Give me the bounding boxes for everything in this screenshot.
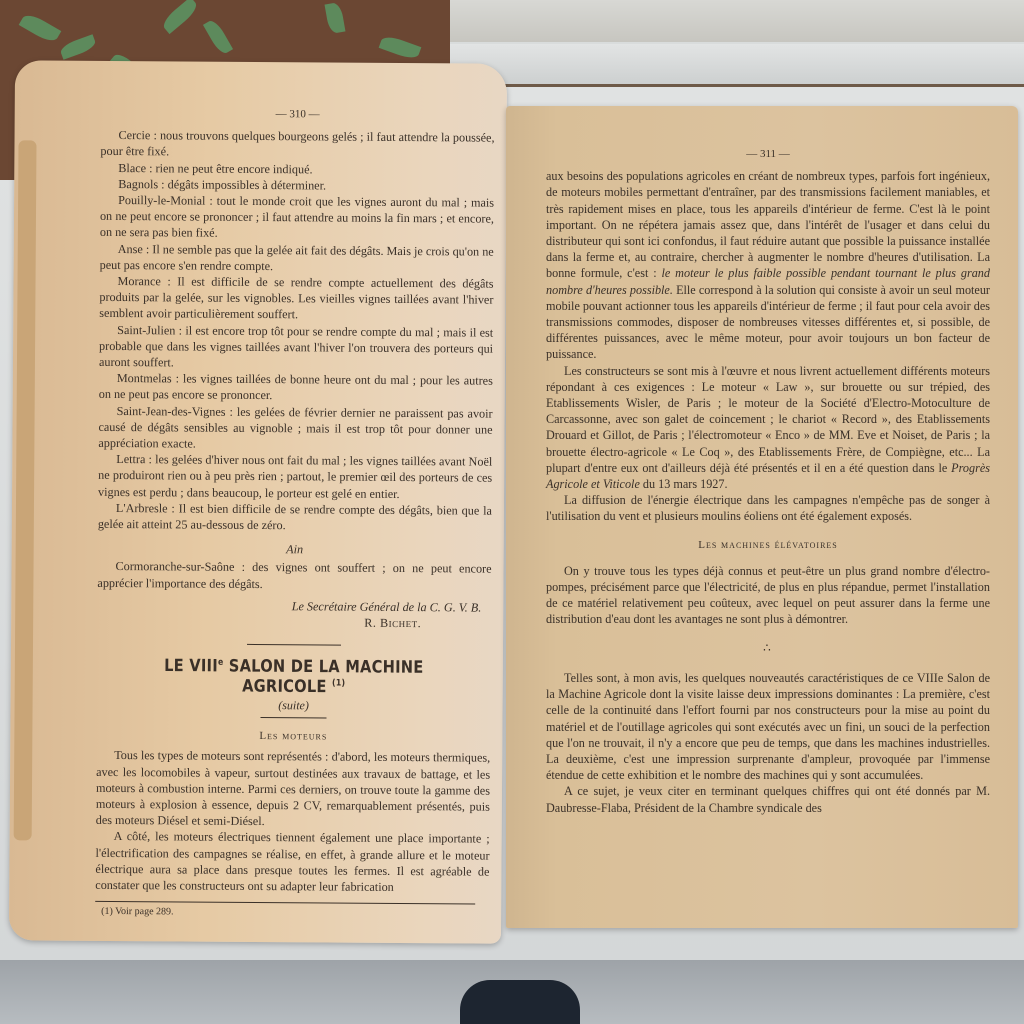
article-subtitle: (suite) [97, 696, 491, 715]
report-paragraph: Pouilly-le-Monial : tout le monde croit … [100, 192, 494, 243]
footnote: (1) Voir page 289. [95, 904, 489, 923]
left-page-content: — 310 — Cercie : nous trouvons quelques … [95, 105, 495, 923]
title-rest: SALON DE LA MACHINE AGRICOLE [223, 657, 423, 698]
report-paragraph: Cercie : nous trouvons quelques bourgeon… [100, 127, 494, 162]
body-paragraph: A côté, les moteurs électriques tiennent… [95, 828, 489, 896]
text-run: du 13 mars 1927. [640, 477, 728, 491]
body-paragraph: Tous les types de moteurs sont représent… [96, 747, 491, 831]
shoe-shadow [460, 980, 580, 1024]
report-paragraph: Montmelas : les vignes taillées de bonne… [99, 370, 493, 405]
text-run: aux besoins des populations agricoles en… [546, 169, 990, 280]
footnote-ref: (1) [332, 679, 345, 689]
body-paragraph: La diffusion de l'énergie électrique dan… [546, 492, 990, 524]
page-edge [14, 140, 37, 840]
report-paragraph: Saint-Julien : il est encore trop tôt po… [99, 322, 493, 373]
body-paragraph: On y trouve tous les types déjà connus e… [546, 563, 990, 628]
body-paragraph: aux besoins des populations agricoles en… [546, 168, 990, 362]
body-paragraph: Telles sont, à mon avis, les quelques no… [546, 670, 990, 783]
report-paragraph: L'Arbresle : Il est bien difficile de se… [98, 500, 492, 535]
page-number: — 311 — [546, 146, 990, 162]
article-title: LE VIIIe SALON DE LA MACHINE AGRICOLE (1… [124, 654, 463, 696]
divider [260, 717, 326, 718]
right-page-content: — 311 — aux besoins des populations agri… [546, 146, 990, 816]
section-heading: Les machines élévatoires [546, 537, 990, 553]
title-prefix: LE VIII [164, 656, 218, 676]
report-paragraph: Cormoranche-sur-Saône : des vignes ont s… [97, 558, 491, 593]
divider [247, 644, 341, 646]
signature-name: R. Bichet. [97, 613, 491, 632]
section-separator: ∴ [546, 640, 990, 656]
report-paragraph: Morance : Il est difficile de se rendre … [99, 273, 493, 324]
right-page: — 311 — aux besoins des populations agri… [506, 106, 1018, 928]
page-number: — 310 — [101, 105, 495, 124]
report-paragraph: Anse : Il ne semble pas que la gelée ait… [100, 241, 494, 276]
report-paragraph: Saint-Jean-des-Vignes : les gelées de fé… [98, 403, 492, 454]
body-paragraph: A ce sujet, je veux citer en terminant q… [546, 783, 990, 815]
text-run: Les constructeurs se sont mis à l'œuvre … [546, 364, 990, 475]
body-paragraph: Les constructeurs se sont mis à l'œuvre … [546, 363, 990, 493]
section-heading: Les moteurs [96, 727, 490, 746]
report-paragraph: Lettra : les gelées d'hiver nous ont fai… [98, 451, 492, 502]
region-heading: Ain [98, 540, 492, 559]
left-page: — 310 — Cercie : nous trouvons quelques … [9, 60, 507, 943]
